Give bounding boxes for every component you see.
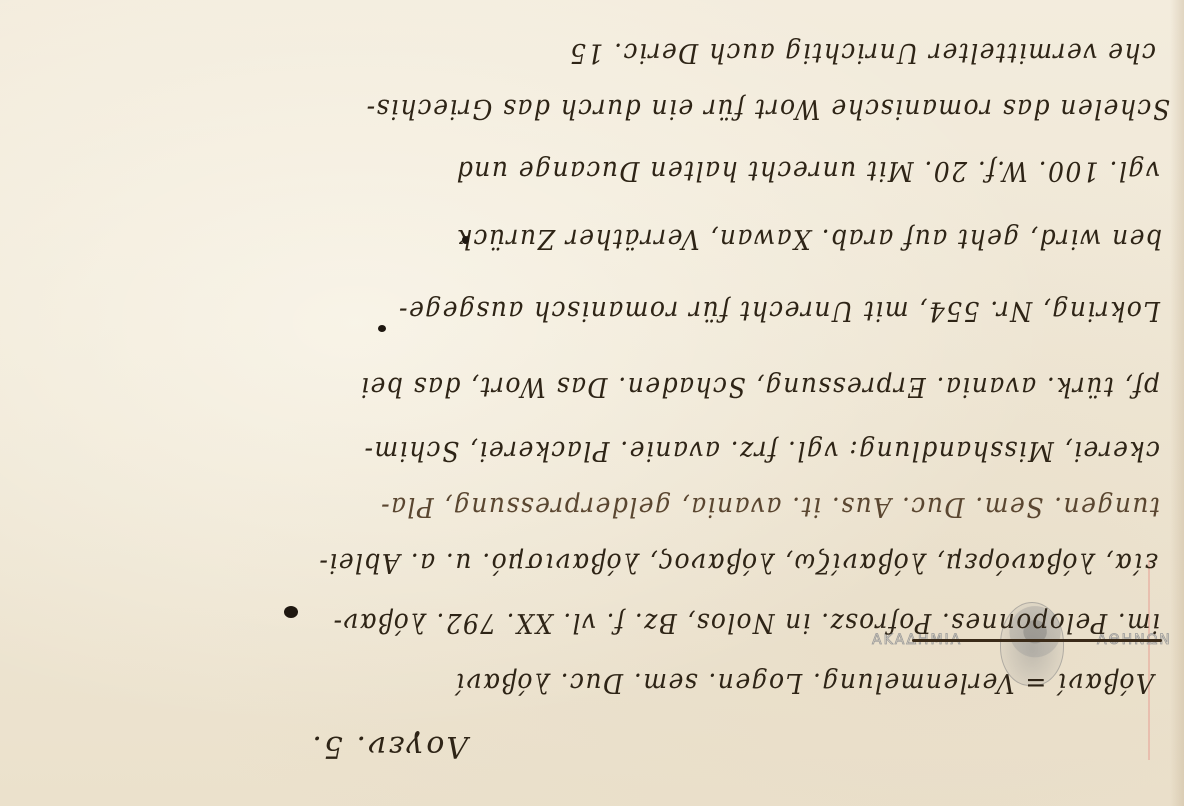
handwritten-line: im. Peloponnes. Pofrosz. in Nolos, Bz. f… (332, 607, 1160, 638)
handwritten-line: εία, λόβανόρεμ, λόβανίζω, λόβανος, λόβαν… (318, 547, 1158, 578)
card-heading: Λογεν. 5. (310, 729, 468, 764)
handwritten-line: tungen. Sem. Duc. Aus. it. avania, gelde… (380, 491, 1160, 522)
handwritten-line: vgl. 100. W.f. 20. Mit unrecht halten Du… (455, 155, 1160, 186)
handwritten-line: Schelen das romanische Wort für ein durc… (365, 93, 1170, 124)
handwritten-line: pf, türk. avania. Erpressung, Schaden. D… (360, 371, 1160, 402)
handwritten-line: ben wird, geht auf arab. Xawan, Verräthe… (456, 223, 1162, 254)
index-card: ΑΚΑΔΗΜΙΑ ΑΘΗΝΩΝ Λογεν. 5. Λόβανί = Verle… (0, 0, 1184, 806)
ink-blot (462, 236, 469, 244)
ink-blot (284, 606, 298, 618)
handwritten-line: Lokring, Nr. 554, mit Unrecht für romani… (398, 295, 1160, 326)
ink-blot (378, 325, 386, 332)
handwritten-line: ckerei, Misshandlung: vgl. frz. avanie. … (363, 435, 1160, 466)
handwritten-line: che vermittelter Unrichtig auch Deric. 1… (569, 37, 1156, 68)
handwritten-line: Λόβανί = Verlenmelung. Logen. sem. Duc. … (454, 667, 1154, 698)
handwriting-layer: Λογεν. 5. Λόβανί = Verlenmelung. Logen. … (0, 0, 1184, 806)
